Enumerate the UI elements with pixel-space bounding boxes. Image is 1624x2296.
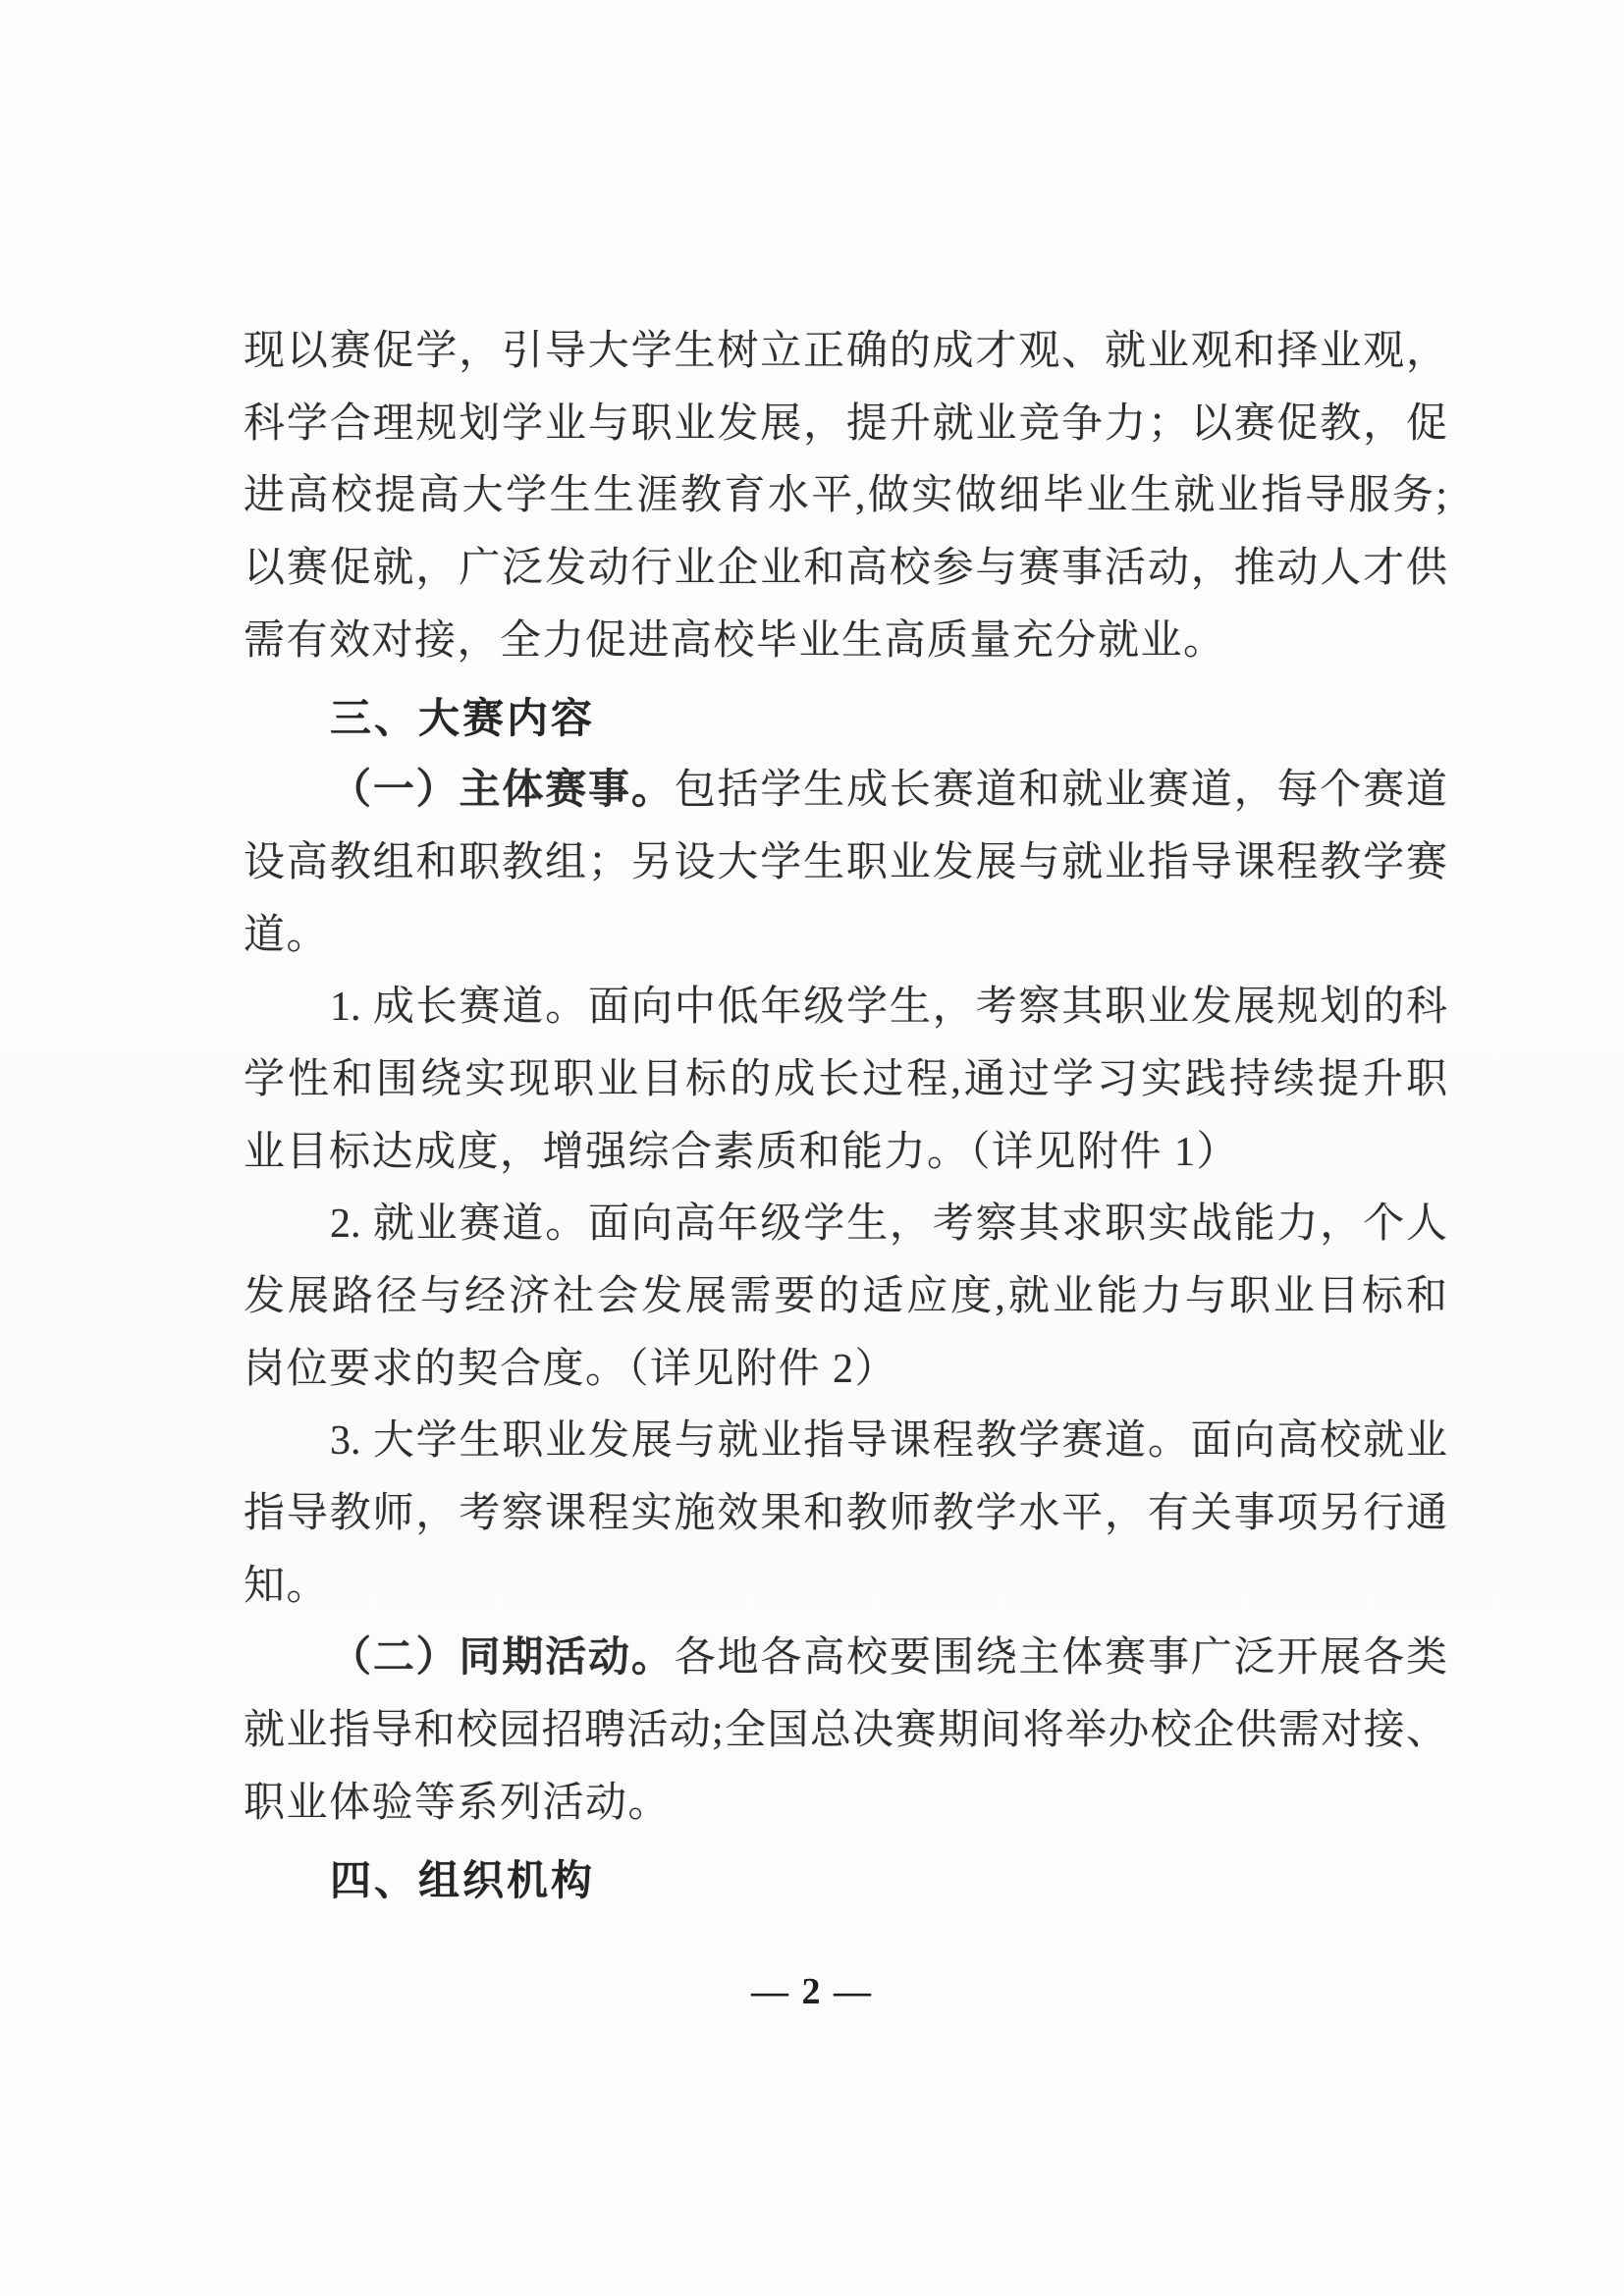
body-line: 指导教师，考察课程实施效果和教师教学水平，有关事项另行通 [244,1478,1447,1551]
body-line: 业目标达成度，增强综合素质和能力。（详见附件 1） [244,1117,1447,1190]
document-text-block: 现以赛促学，引导大学生树立正确的成才观、就业观和择业观， 科学合理规划学业与职业… [244,316,1447,1917]
body-line: 1. 成长赛道。面向中低年级学生，考察其职业发展规划的科 [244,972,1447,1044]
body-line: 岗位要求的契合度。（详见附件 2） [244,1334,1447,1407]
paragraph-lead: （一）主体赛事。 [330,768,675,813]
body-line: 就业指导和校园招聘活动;全国总决赛期间将举办校企供需对接、 [244,1695,1447,1768]
body-line: 设高教组和职教组；另设大学生职业发展与就业指导课程教学赛 [244,828,1447,900]
body-line: 现以赛促学，引导大学生树立正确的成才观、就业观和择业观， [244,316,1447,389]
paragraph-text: 包括学生成长赛道和就业赛道，每个赛道 [675,768,1447,813]
page-number: — 2 — [0,1955,1624,2028]
paragraph-lead: （二）同期活动。 [330,1635,675,1681]
body-line: 科学合理规划学业与职业发展，提升就业竞争力；以赛促教，促 [244,389,1447,461]
body-line: 3. 大学生职业发展与就业指导课程教学赛道。面向高校就业 [244,1406,1447,1478]
body-line: 学性和围绕实现职业目标的成长过程,通过学习实践持续提升职 [244,1044,1447,1117]
body-line: （一）主体赛事。包括学生成长赛道和就业赛道，每个赛道 [244,755,1447,828]
document-page: 现以赛促学，引导大学生树立正确的成才观、就业观和择业观， 科学合理规划学业与职业… [0,0,1624,2296]
body-line: 以赛促就，广泛发动行业企业和高校参与赛事活动，推动人才供 [244,533,1447,606]
body-line: 道。 [244,900,1447,973]
body-line: 需有效对接，全力促进高校毕业生高质量充分就业。 [244,606,1447,678]
section-heading-3: 三、大赛内容 [244,682,1447,755]
section-heading-4: 四、组织机构 [244,1844,1447,1917]
body-line: 职业体验等系列活动。 [244,1768,1447,1841]
body-line: 2. 就业赛道。面向高年级学生，考察其求职实战能力，个人 [244,1189,1447,1261]
paragraph-text: 各地各高校要围绕主体赛事广泛开展各类 [675,1635,1447,1681]
body-line: （二）同期活动。各地各高校要围绕主体赛事广泛开展各类 [244,1623,1447,1695]
body-line: 进高校提高大学生生涯教育水平,做实做细毕业生就业指导服务; [244,460,1447,533]
body-line: 知。 [244,1551,1447,1624]
body-line: 发展路径与经济社会发展需要的适应度,就业能力与职业目标和 [244,1261,1447,1334]
